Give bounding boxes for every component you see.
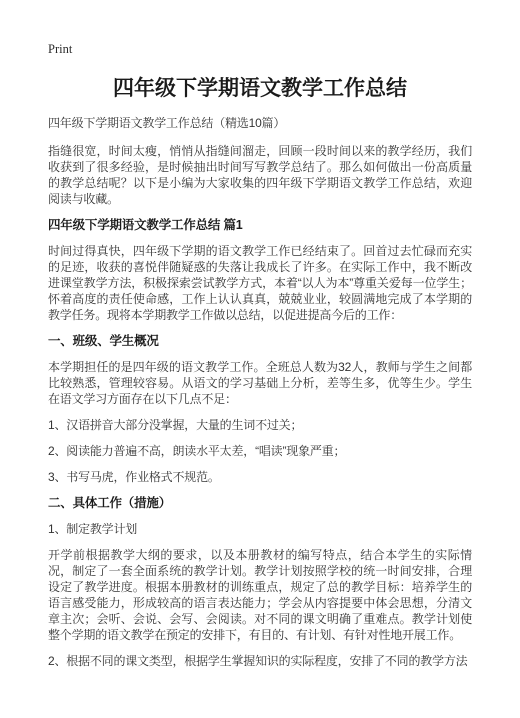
intro-paragraph: 指缝很宽，时间太瘦，悄悄从指缝间溜走，回顾一段时间以来的教学经历，我们收获到了很… — [48, 143, 472, 207]
overview-paragraph: 本学期担任的是四年级的语文教学工作。全班总人数为32人，教师与学生之间都比较熟悉… — [48, 359, 472, 407]
page-title: 四年级下学期语文教学工作总结 — [48, 76, 472, 102]
document-page: Print 四年级下学期语文教学工作总结 四年级下学期语文教学工作总结（精选10… — [0, 0, 520, 718]
measure-item-teaching-methods: 2、根据不同的课文类型，根据学生掌握知识的实际程度，安排了不同的教学方法 — [48, 653, 472, 669]
article-subtitle: 四年级下学期语文教学工作总结（精选10篇） — [48, 115, 472, 131]
print-link[interactable]: Print — [48, 42, 72, 56]
shortcoming-item-writing: 3、书写马虎，作业格式不规范。 — [48, 469, 472, 485]
heading-work-measures: 二、具体工作（措施） — [48, 495, 472, 511]
part1-opening-paragraph: 时间过得真快，四年级下学期的语文教学工作已经结束了。回首过去忙碌而充实的足迹，收… — [48, 243, 472, 323]
shortcoming-item-pinyin: 1、汉语拼音大部分没掌握，大量的生词不过关； — [48, 417, 472, 433]
teaching-plan-paragraph: 开学前根据教学大纲的要求，以及本册教材的编写特点，结合本学生的实际情况，制定了一… — [48, 547, 472, 643]
section-heading-part1: 四年级下学期语文教学工作总结 篇1 — [48, 217, 472, 233]
shortcoming-item-reading: 2、阅读能力普遍不高，朗读水平太差，“唱读”现象严重； — [48, 443, 472, 459]
measure-item-teaching-plan: 1、制定教学计划 — [48, 521, 472, 537]
heading-class-overview: 一、班级、学生概况 — [48, 333, 472, 349]
